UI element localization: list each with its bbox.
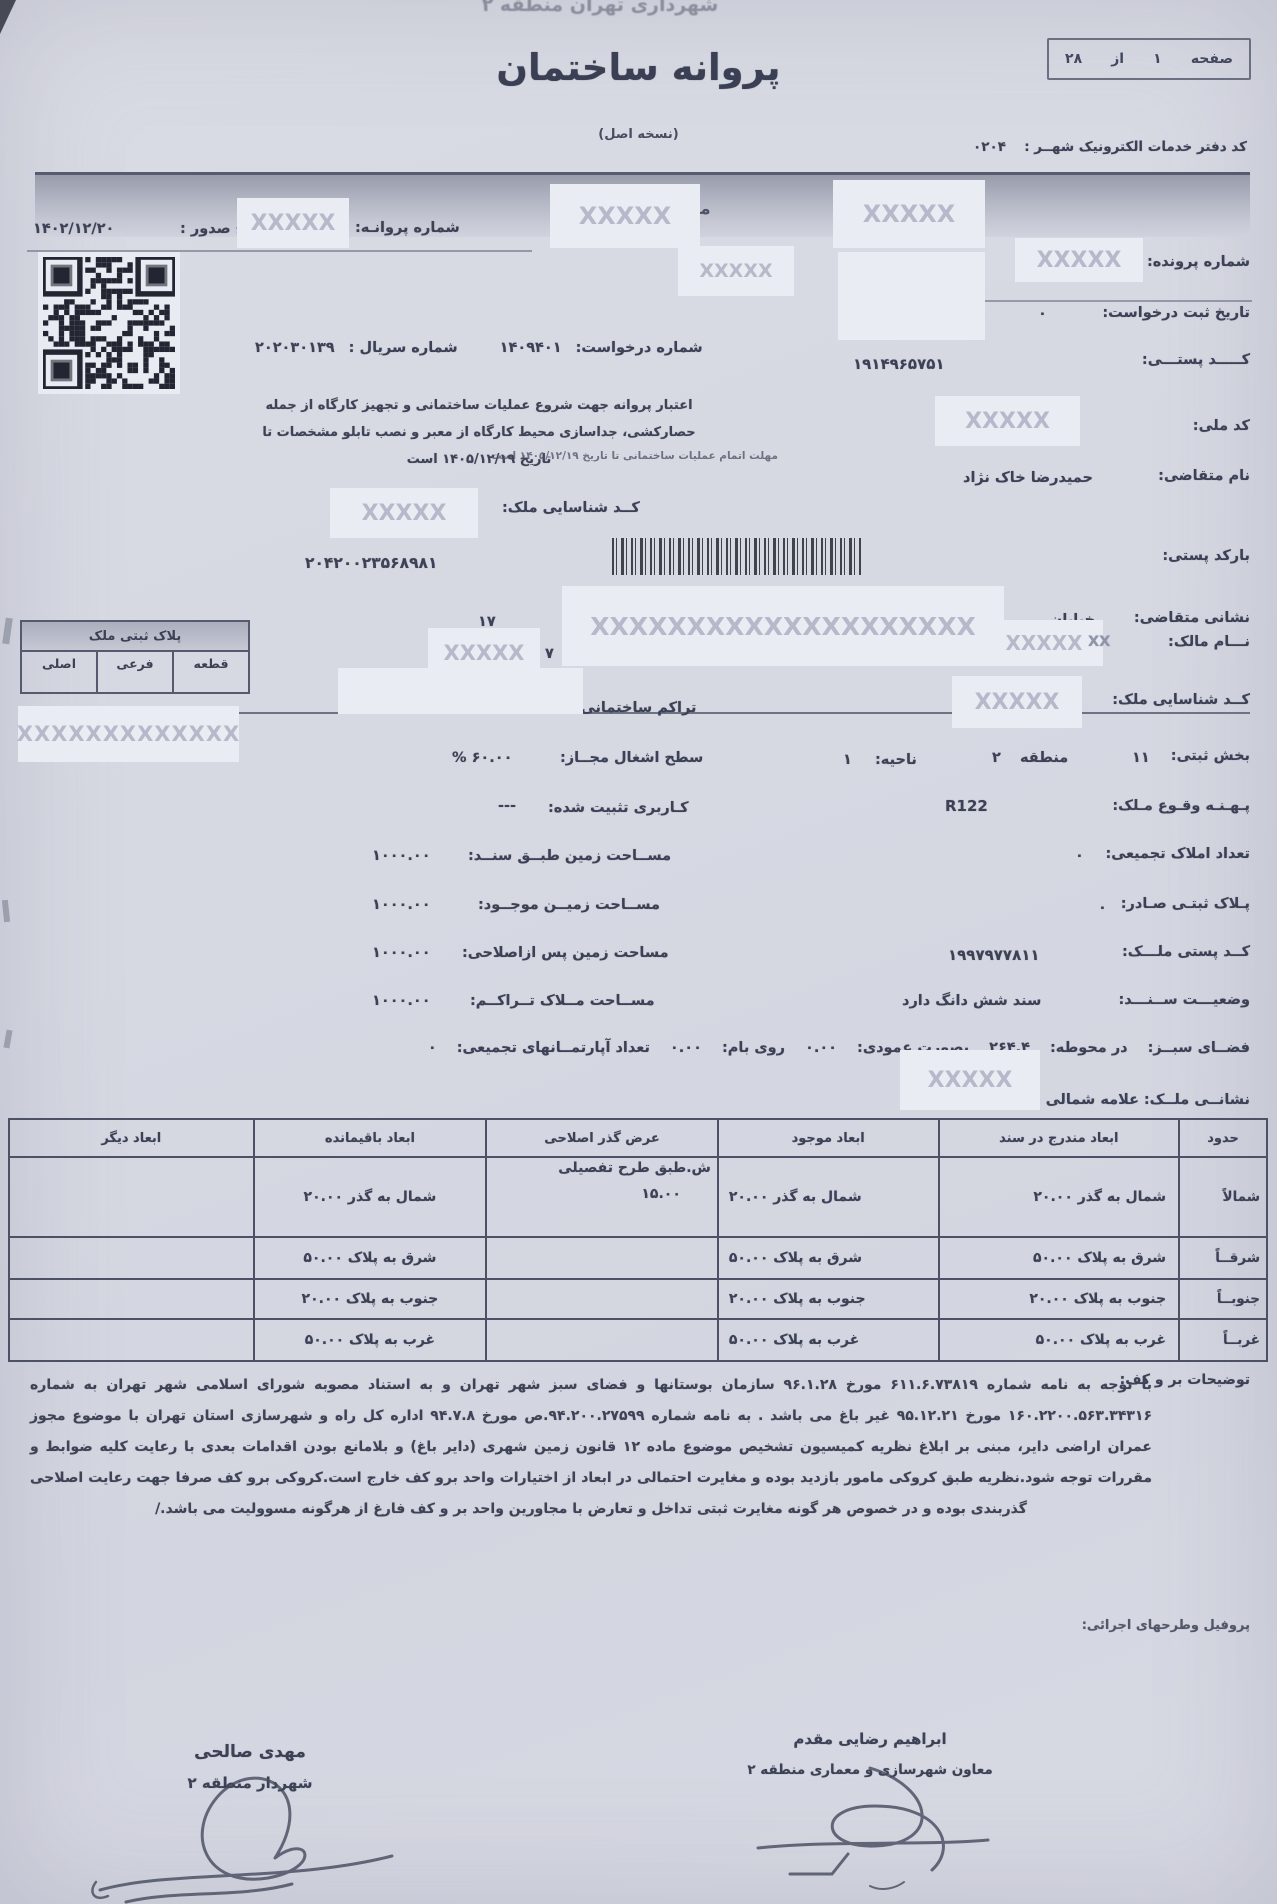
issued-plate-value: ۰ [1098, 900, 1107, 916]
district-label: منطقه [1020, 750, 1068, 766]
occupancy-label: سطح اشغال مجــاز: [560, 750, 703, 766]
applicant-name-value: حمیدرضا خاک نژاد [963, 470, 1093, 486]
cell-existing: شرق به پلاک ۵۰.۰۰ [718, 1237, 939, 1279]
property-postal-code-value: ۱۹۹۷۹۷۷۸۱۱ [948, 946, 1040, 964]
cell-remaining: شمال به گذر ۲۰.۰۰ [254, 1157, 487, 1237]
remarks-text: با توجه به نامه شماره ۶۱۱.۶.۷۳۸۱۹ مورخ ۹… [30, 1370, 1152, 1525]
property-postal-code-label: کــد پستی ملـــک: [1122, 944, 1250, 960]
cell-remaining: شرق به پلاک ۵۰.۰۰ [254, 1237, 487, 1279]
table-row: شمالاً شمال به گذر ۲۰.۰۰ شمال به گذر ۲۰.… [9, 1157, 1267, 1237]
property-id2-label: کــد شناسایی ملک: [1112, 692, 1250, 708]
mayor-name: مهدی صالحی [80, 1742, 420, 1762]
scan-artifact [2, 900, 10, 923]
property-address-redaction: XXXXX [900, 1050, 1040, 1110]
col-corrected-width: عرض گذر اصلاحی [486, 1119, 718, 1157]
cell-existing: غرب به پلاک ۵۰.۰۰ [718, 1319, 939, 1361]
zone-value: ۱ [843, 752, 852, 768]
occupancy-value: ۶۰.۰۰ % [452, 750, 513, 766]
bounds-table: حدود ابعاد مندرج در سند ابعاد موجود عرض … [8, 1118, 1268, 1362]
merged-apartments-value: ۰ [428, 1040, 437, 1056]
side-south: جنوبــاً [1179, 1279, 1267, 1319]
permit-number-label: شماره پروانـه: [355, 220, 460, 236]
document-title: پروانه ساختمان [0, 46, 1277, 89]
existing-land-area-value: ۱۰۰۰.۰۰ [372, 897, 431, 913]
land-use-zone-label: پـهـنـه وقـوع مـلک: [1112, 798, 1250, 814]
fixed-use-label: کـاربری تثبیت شده: [548, 800, 689, 816]
owner-national-id-redaction: XXXXX [428, 628, 540, 678]
postal-barcode-label: بارکد پستی: [1162, 548, 1250, 564]
cell-correction-line2: ۱۵.۰۰ [493, 1176, 711, 1202]
density-basis-area-value: ۱۰۰۰.۰۰ [372, 993, 431, 1009]
property-address-label: نشانــی ملــک: [1144, 1092, 1250, 1108]
col-existing-dims: ابعاد موجود [718, 1119, 939, 1157]
table-row: جنوبــاً جنوب به پلاک ۲۰.۰۰ جنوب به پلاک… [9, 1279, 1267, 1319]
eservice-code-value: ۰۲۰۴ [973, 139, 1006, 155]
request-reg-date-value: ۰ [1038, 306, 1047, 322]
request-number-value: ۱۴۰۹۴۰۱ [500, 340, 562, 356]
green-roof-value: ۰.۰۰ [670, 1040, 702, 1056]
registry-section-value: ۱۱ [1132, 750, 1150, 766]
cell-existing: جنوب به پلاک ۲۰.۰۰ [718, 1279, 939, 1319]
applicant-address-redaction: XXXXXXXXXXXXXXXXXXXX [562, 586, 1004, 666]
cell-deed: جنوب به پلاک ۲۰.۰۰ [939, 1279, 1180, 1319]
table-row: غربــاً غرب به پلاک ۵۰.۰۰ غرب به پلاک ۵۰… [9, 1319, 1267, 1361]
redaction-box [838, 252, 985, 340]
request-number-label: شماره درخواست: [576, 340, 703, 356]
case-number-label: شماره پرونده: [1147, 254, 1250, 270]
fixed-use-value: --- [498, 798, 516, 814]
table-row: شرقــاً شرق به پلاک ۵۰.۰۰ شرق به پلاک ۵۰… [9, 1237, 1267, 1279]
applicant-name-label: نام متقاضی: [1158, 468, 1250, 484]
cell-other [9, 1157, 254, 1237]
issued-plate-label: پـلاک ثبتـی صـادر: [1121, 896, 1250, 912]
eservice-code-label: کد دفتر خدمات الکترونیک شهــر : [1024, 139, 1247, 155]
cell-correction-line1: ش.طبق طرح تفصیلی [493, 1160, 711, 1176]
owner-name-redaction: XXXXX [985, 620, 1103, 666]
mayor-signature-icon [80, 1766, 410, 1904]
cell-deed: شرق به پلاک ۵۰.۰۰ [939, 1237, 1180, 1279]
bounds-header-row: حدود ابعاد مندرج در سند ابعاد موجود عرض … [9, 1119, 1267, 1157]
execution-profiles-label: پروفیل وطرحهای اجرائی: [1082, 1618, 1250, 1633]
cell-existing: شمال به گذر ۲۰.۰۰ [718, 1157, 939, 1237]
cell-other [9, 1237, 254, 1279]
deputy-signature-icon [720, 1748, 1020, 1898]
cell-deed: شمال به گذر ۲۰.۰۰ [939, 1157, 1180, 1237]
qr-code [38, 252, 180, 394]
merged-count-value: ۰ [1075, 848, 1084, 864]
existing-land-area-label: مســاحت زمیــن موجــود: [478, 897, 660, 913]
postal-barcode-image [612, 538, 862, 575]
side-east: شرقــاً [1179, 1237, 1267, 1279]
serial-number-value: ۲۰۲۰۳۰۱۳۹ [255, 340, 335, 356]
completion-deadline-note: مهلت اتمام عملیات ساختمانی تا تاریخ ۱۴۰۵… [538, 450, 778, 462]
request-reg-date-label: تاریخ ثبت درخواست: [1102, 305, 1250, 321]
cell-correction [486, 1279, 718, 1319]
scanned-building-permit-page: شهرداری تهران منطقه ۲ صفحه ۱ از ۲۸ پروان… [0, 0, 1277, 1904]
registry-plate-box: پلاک ثبتی ملک قطعه فرعی اصلی [20, 620, 250, 694]
rule-line [950, 300, 1252, 302]
redaction-box: XXXXX [833, 180, 985, 248]
green-roof-label: روی بام: [722, 1040, 785, 1056]
post-correction-area-value: ۱۰۰۰.۰۰ [372, 945, 431, 961]
cell-remaining: غرب به پلاک ۵۰.۰۰ [254, 1319, 487, 1361]
building-density-label: تراکم ساختمانی: [575, 700, 696, 716]
col-other-dims: ابعاد دیگر [9, 1119, 254, 1157]
property-id-redaction: XXXXX [330, 488, 478, 538]
col-remaining-dims: ابعاد باقیمانده [254, 1119, 487, 1157]
registry-plate-title: پلاک ثبتی ملک [20, 620, 250, 652]
eservice-code-line: کد دفتر خدمات الکترونیک شهــر : ۰۲۰۴ [973, 139, 1247, 155]
deed-status-label: وضعیـــت ســنـــد: [1118, 992, 1250, 1008]
plate-col-main: اصلی [22, 652, 96, 692]
deputy-signature-block: ابراهیم رضایی مقدم معاون شهرسازی و معمار… [700, 1730, 1040, 1900]
density-basis-area-label: مســاحت مــلاک تــراکــم: [470, 993, 655, 1009]
permit-number-redaction: XXXXX [237, 198, 349, 248]
cell-other [9, 1319, 254, 1361]
land-use-zone-value: R122 [945, 797, 988, 815]
zone-label: ناحیه: [875, 752, 917, 768]
cell-correction [486, 1237, 718, 1279]
case-number-redaction: XXXXX [1015, 238, 1143, 282]
cell-other [9, 1279, 254, 1319]
owner-name-label: نـــام مالک: [1168, 634, 1250, 650]
green-space-row: فضــای سبــز: در محوطه: ۲۶۴.۴ بصورت عمود… [428, 1040, 1250, 1056]
scan-corner-artifact [0, 0, 16, 34]
national-id-label: کد ملی: [1193, 418, 1250, 434]
col-side: حدود [1179, 1119, 1267, 1157]
redaction-box: XXXXX [550, 184, 700, 248]
national-id-redaction: XXXXX [935, 396, 1080, 446]
side-west: غربــاً [1179, 1319, 1267, 1361]
scan-artifact [2, 618, 13, 645]
green-courtyard-label: در محوطه: [1050, 1040, 1128, 1056]
plate-value-redaction: XXXXXXXXXXXXX [18, 706, 239, 762]
merged-apartments-label: تعداد آپارتمــانهای تجمیعی: [457, 1040, 650, 1056]
green-space-label: فضــای سبــز: [1148, 1040, 1250, 1056]
merged-count-label: تعداد املاک تجمیعی: [1105, 846, 1250, 862]
postal-code-label: کـــــد پستـــی: [1142, 352, 1250, 368]
district-value: ۲ [992, 750, 1001, 766]
deputy-name: ابراهیم رضایی مقدم [700, 1730, 1040, 1748]
col-deed-dims: ابعاد مندرج در سند [939, 1119, 1180, 1157]
cell-correction [486, 1319, 718, 1361]
plate-col-sub: فرعی [96, 652, 172, 692]
property-id-label: کــد شناسایی ملک: [502, 500, 640, 516]
side-north: شمالاً [1179, 1157, 1267, 1237]
postal-barcode-number: ۲۰۴۲۰۰۲۳۵۶۸۹۸۱ [305, 554, 437, 572]
registry-section-label: بخش ثبتی: [1171, 748, 1250, 764]
post-correction-area-label: مساحت زمین پس ازاصلاحی: [462, 945, 669, 961]
cell-deed: غرب به پلاک ۵۰.۰۰ [939, 1319, 1180, 1361]
property-id2-redaction: XXXXX [952, 676, 1082, 728]
postal-code-value: ۱۹۱۴۹۶۵۷۵۱ [853, 355, 945, 373]
serial-number-label: شماره سریال : [349, 340, 458, 356]
owner-name-remnant: XX [1088, 634, 1110, 650]
redaction-box: XXXXX [678, 246, 794, 296]
green-vertical-value: ۰.۰۰ [805, 1040, 837, 1056]
deed-status-value: سند شش دانگ دارد [902, 993, 1041, 1009]
mayor-signature-block: مهدی صالحی شهردار منطقه ۲ [80, 1742, 420, 1904]
issue-date-value: ۱۴۰۲/۱۲/۲۰ [33, 221, 114, 237]
request-serial-row: شماره درخواست: ۱۴۰۹۴۰۱ شماره سریال : ۲۰۲… [255, 340, 703, 356]
municipality-header: شهرداری تهران منطقه ۲ [420, 0, 780, 16]
applicant-address-label: نشانی متقاضی: [1134, 610, 1250, 626]
owner-national-id-value: ۷ [545, 646, 554, 662]
deed-land-area-label: مســاحت زمین طبــق سنــد: [468, 848, 671, 864]
deed-land-area-value: ۱۰۰۰.۰۰ [372, 848, 431, 864]
plate-col-parcel: قطعه [172, 652, 248, 692]
cell-remaining: جنوب به پلاک ۲۰.۰۰ [254, 1279, 487, 1319]
scan-artifact [3, 1030, 12, 1049]
